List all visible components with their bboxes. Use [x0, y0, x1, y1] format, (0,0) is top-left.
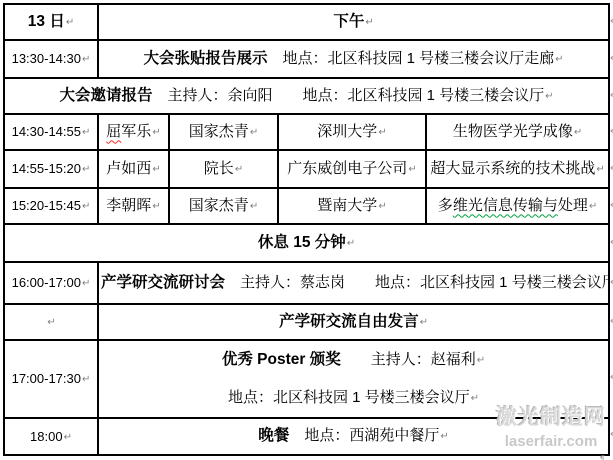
text-segment: 14:30-14:55 [12, 124, 81, 139]
topic-cell: 超大显示系统的技术挑战↵ [426, 150, 609, 188]
event-cell: 晚餐 地点：西湖苑中餐厅↵ [98, 418, 609, 455]
cell-text-line: 15:20-15:45↵ [7, 196, 95, 216]
cell-text-line: 优秀 Poster 颁奖 主持人：赵福利↵ [101, 341, 606, 379]
text-segment: 深圳大学 [317, 123, 377, 140]
cell-text-line: 屈军乐↵ [101, 122, 166, 142]
text-segment: 晚餐 [258, 427, 289, 444]
cell-text-line: 广东威创电子公司↵ [281, 159, 423, 179]
affiliation-cell: 广东威创电子公司↵ [278, 150, 426, 188]
end-of-cell-mark: ↵ [152, 127, 160, 138]
time-cell: 18:00↵ [4, 418, 98, 455]
speaker-cell: 李朝晖↵ [98, 188, 169, 224]
end-of-cell-mark: ↵ [378, 201, 386, 212]
time-cell: 13:30-14:30↵ [4, 40, 98, 78]
schedule-table-body: 13 日↵下午↵13:30-14:30↵大会张贴报告展示 地点：北区科技园 1 … [4, 4, 609, 455]
text-segment: 14:55-15:20 [12, 161, 81, 176]
poster-award-row: 17:00-17:30↵优秀 Poster 颁奖 主持人：赵福利↵地点：北区科技… [4, 340, 609, 418]
cell-text-line: 休息 15 分钟↵ [7, 233, 606, 253]
text-segment: 大会张贴报告展示 [143, 50, 267, 67]
end-of-cell-mark: ↵ [471, 393, 479, 404]
date-cell: 13 日↵ [4, 4, 98, 40]
text-segment: 李朝晖 [106, 197, 151, 214]
text-segment: 13 日 [28, 13, 65, 30]
document-page: 13 日↵下午↵13:30-14:30↵大会张贴报告展示 地点：北区科技园 1 … [0, 0, 613, 460]
text-segment: 18:00 [30, 429, 63, 444]
text-segment: 国家杰青 [189, 197, 249, 214]
text-segment: 优秀 Poster 颁奖 [222, 351, 341, 368]
poster-show-row: 13:30-14:30↵大会张贴报告展示 地点：北区科技园 1 号楼三楼会议厅走… [4, 40, 609, 78]
dinner-row: 18:00↵晚餐 地点：西湖苑中餐厅↵ [4, 418, 609, 455]
text-segment: 17:00-17:30 [12, 371, 81, 386]
cell-text-line: 卢如西↵ [101, 159, 166, 179]
cell-text-line: ↵ [7, 312, 95, 332]
text-segment: 16:00-17:00 [12, 275, 81, 290]
time-cell: 17:00-17:30↵ [4, 340, 98, 418]
end-of-cell-mark: ↵ [82, 201, 90, 212]
talk-row: 14:55-15:20↵卢如西↵院长↵广东威创电子公司↵超大显示系统的技术挑战↵ [4, 150, 609, 188]
schedule-table: 13 日↵下午↵13:30-14:30↵大会张贴报告展示 地点：北区科技园 1 … [3, 3, 610, 456]
event-cell: 产学研交流自由发言↵ [98, 304, 609, 340]
title-cell: 国家杰青↵ [169, 188, 278, 224]
end-of-cell-mark: ↵ [555, 54, 563, 65]
end-of-cell-mark: ↵ [64, 432, 72, 443]
text-segment: 超大显示系统的技术挑战 [430, 160, 595, 177]
end-of-cell-mark: ↵ [250, 201, 258, 212]
cell-text-line: 17:00-17:30↵ [7, 360, 95, 398]
invited-report-row: 大会邀请报告 主持人：余向阳 地点：北区科技园 1 号楼三楼会议厅↵ [4, 78, 609, 114]
seminar-row: 16:00-17:00↵产学研交流研讨会 主持人：蔡志岗 地点：北区科技园 1 … [4, 262, 609, 304]
text-segment: 下午 [333, 13, 364, 30]
speaker-cell: 屈军乐↵ [98, 114, 169, 150]
end-of-cell-mark: ↵ [152, 164, 160, 175]
end-of-cell-mark: ↵ [596, 164, 604, 175]
text-segment: 产学研交流自由发言 [279, 313, 419, 330]
cell-text-line: 产学研交流研讨会 主持人：蔡志岗 地点：北区科技园 1 号楼三楼会议厅↵ [101, 273, 606, 293]
text-segment: 15:20-15:45 [12, 198, 81, 213]
end-of-cell-mark: ↵ [66, 17, 74, 28]
end-of-cell-mark: ↵ [545, 91, 553, 102]
text-segment: 大会邀请报告 [59, 87, 152, 104]
break-cell: 休息 15 分钟↵ [4, 224, 609, 262]
talk-row: 15:20-15:45↵李朝晖↵国家杰青↵暨南大学↵多维光信息传输与处理↵ [4, 188, 609, 224]
talk-row: 14:30-14:55↵屈军乐↵国家杰青↵深圳大学↵生物医学光学成像↵ [4, 114, 609, 150]
time-cell: 14:55-15:20↵ [4, 150, 98, 188]
text-segment: 国家杰青 [189, 123, 249, 140]
end-of-cell-mark: ↵ [574, 127, 582, 138]
cell-text-line: 国家杰青↵ [172, 196, 275, 216]
cell-text-line: 大会邀请报告 主持人：余向阳 地点：北区科技园 1 号楼三楼会议厅↵ [7, 86, 606, 106]
speaker-cell: 卢如西↵ [98, 150, 169, 188]
cell-text-line: 国家杰青↵ [172, 122, 275, 142]
cell-text-line: 下午↵ [101, 12, 606, 32]
cell-text-line: 地点：北区科技园 1 号楼三楼会议厅↵ [101, 379, 606, 417]
end-of-cell-mark: ↵ [82, 54, 90, 65]
text-segment: 多 [438, 197, 453, 214]
free-discussion-row: ↵产学研交流自由发言↵ [4, 304, 609, 340]
event-cell: 大会邀请报告 主持人：余向阳 地点：北区科技园 1 号楼三楼会议厅↵ [4, 78, 609, 114]
end-of-cell-mark: ↵ [589, 201, 597, 212]
title-cell: 国家杰青↵ [169, 114, 278, 150]
cell-text-line: 13:30-14:30↵ [7, 49, 95, 69]
text-segment: 主持人：赵福利 [341, 351, 476, 368]
text-segment: 生物医学光学成像 [453, 123, 573, 140]
end-of-cell-mark: ↵ [347, 238, 355, 249]
cell-text-line: 14:55-15:20↵ [7, 159, 95, 179]
session-cell: 下午↵ [98, 4, 609, 40]
text-segment: 军乐 [121, 123, 151, 140]
cell-text-line: 李朝晖↵ [101, 196, 166, 216]
text-segment: 地点：北区科技园 1 号楼三楼会议厅 [228, 389, 470, 406]
affiliation-cell: 深圳大学↵ [278, 114, 426, 150]
end-of-cell-mark: ↵ [82, 374, 90, 385]
end-of-cell-mark: ↵ [440, 431, 448, 442]
time-cell: 14:30-14:55↵ [4, 114, 98, 150]
end-of-cell-mark: ↵ [378, 127, 386, 138]
text-segment: 地点：西湖苑中餐厅 [289, 427, 439, 444]
text-segment: 维光信息传输与 [453, 197, 558, 214]
title-cell: 院长↵ [169, 150, 278, 188]
end-of-cell-mark: ↵ [250, 127, 258, 138]
text-segment: 卢如西 [106, 160, 151, 177]
break-row: 休息 15 分钟↵ [4, 224, 609, 262]
text-segment: 13:30-14:30 [12, 51, 81, 66]
text-segment: 地点：北区科技园 1 号楼三楼会议厅走廊 [267, 50, 554, 67]
text-segment: 休息 15 分钟 [258, 234, 346, 251]
end-of-cell-mark: ↵ [420, 317, 428, 328]
topic-cell: 多维光信息传输与处理↵ [426, 188, 609, 224]
text-segment: 屈 [106, 123, 121, 140]
cell-text-line: 超大显示系统的技术挑战↵ [429, 159, 606, 179]
cell-text-line: 13 日↵ [7, 12, 95, 32]
cell-text-line: 18:00↵ [7, 427, 95, 447]
cell-text-line: 大会张贴报告展示 地点：北区科技园 1 号楼三楼会议厅走廊↵ [101, 49, 606, 69]
end-of-cell-mark: ↵ [477, 355, 485, 366]
header-row: 13 日↵下午↵ [4, 4, 609, 40]
text-segment: 院长 [204, 160, 234, 177]
event-cell: 大会张贴报告展示 地点：北区科技园 1 号楼三楼会议厅走廊↵ [98, 40, 609, 78]
cell-text-line: 产学研交流自由发言↵ [101, 312, 606, 332]
text-segment: 处理 [558, 197, 588, 214]
cell-text-line: 院长↵ [172, 159, 275, 179]
text-segment: 主持人：余向阳 地点：北区科技园 1 号楼三楼会议厅 [152, 87, 544, 104]
cell-text-line: 生物医学光学成像↵ [429, 122, 606, 142]
end-of-cell-mark: ↵ [235, 164, 243, 175]
end-of-cell-mark: ↵ [408, 164, 416, 175]
event-cell: 优秀 Poster 颁奖 主持人：赵福利↵地点：北区科技园 1 号楼三楼会议厅↵ [98, 340, 609, 418]
end-of-cell-mark: ↵ [82, 164, 90, 175]
cell-text-line: 14:30-14:55↵ [7, 122, 95, 142]
cell-text-line: 多维光信息传输与处理↵ [429, 196, 606, 216]
empty-time-cell: ↵ [4, 304, 98, 340]
cell-text-line: 深圳大学↵ [281, 122, 423, 142]
end-of-cell-mark: ↵ [365, 17, 373, 28]
event-cell: 产学研交流研讨会 主持人：蔡志岗 地点：北区科技园 1 号楼三楼会议厅↵ [98, 262, 609, 304]
end-of-cell-mark: ↵ [82, 127, 90, 138]
text-segment: 广东威创电子公司 [287, 160, 407, 177]
text-segment: 产学研交流研讨会 [101, 274, 225, 291]
cell-text-line: 暨南大学↵ [281, 196, 423, 216]
topic-cell: 生物医学光学成像↵ [426, 114, 609, 150]
end-of-cell-mark: ↵ [47, 317, 55, 328]
text-segment: 主持人：蔡志岗 地点：北区科技园 1 号楼三楼会议厅 [225, 274, 609, 291]
end-of-cell-mark: ↵ [82, 278, 90, 289]
cell-text-line: 16:00-17:00↵ [7, 273, 95, 293]
end-of-cell-mark: ↵ [152, 201, 160, 212]
affiliation-cell: 暨南大学↵ [278, 188, 426, 224]
cell-text-line: 晚餐 地点：西湖苑中餐厅↵ [101, 426, 606, 446]
text-segment: 暨南大学 [317, 197, 377, 214]
time-cell: 15:20-15:45↵ [4, 188, 98, 224]
time-cell: 16:00-17:00↵ [4, 262, 98, 304]
